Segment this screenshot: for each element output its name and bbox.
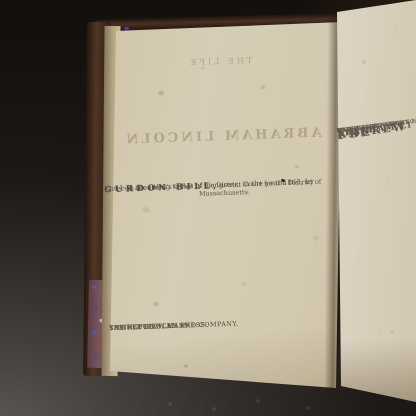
blue-edge-mark: [124, 27, 129, 30]
showthrough-series-title: THE LIFE: [100, 53, 340, 70]
printer-imprint: THE REPUBLICAN PRESS: SAMUEL BOWLES AND …: [109, 316, 349, 324]
showthrough-book-title: ABRAHAM LINCOLN: [102, 125, 342, 148]
copyright-page-text: THE LIFE ABRAHAM LINCOLN Entered accordi…: [98, 0, 352, 416]
printer-imprint-line3: SPRINGFIELD, MASS.: [109, 321, 191, 332]
copyright-notice-line3: In the Clerk's Office of the District Co…: [104, 177, 344, 201]
copyright-notice: Entered according to Act of Congress, in…: [104, 177, 344, 185]
book-photo: THE LIFE ABRAHAM LINCOLN Entered accordi…: [0, 0, 416, 416]
